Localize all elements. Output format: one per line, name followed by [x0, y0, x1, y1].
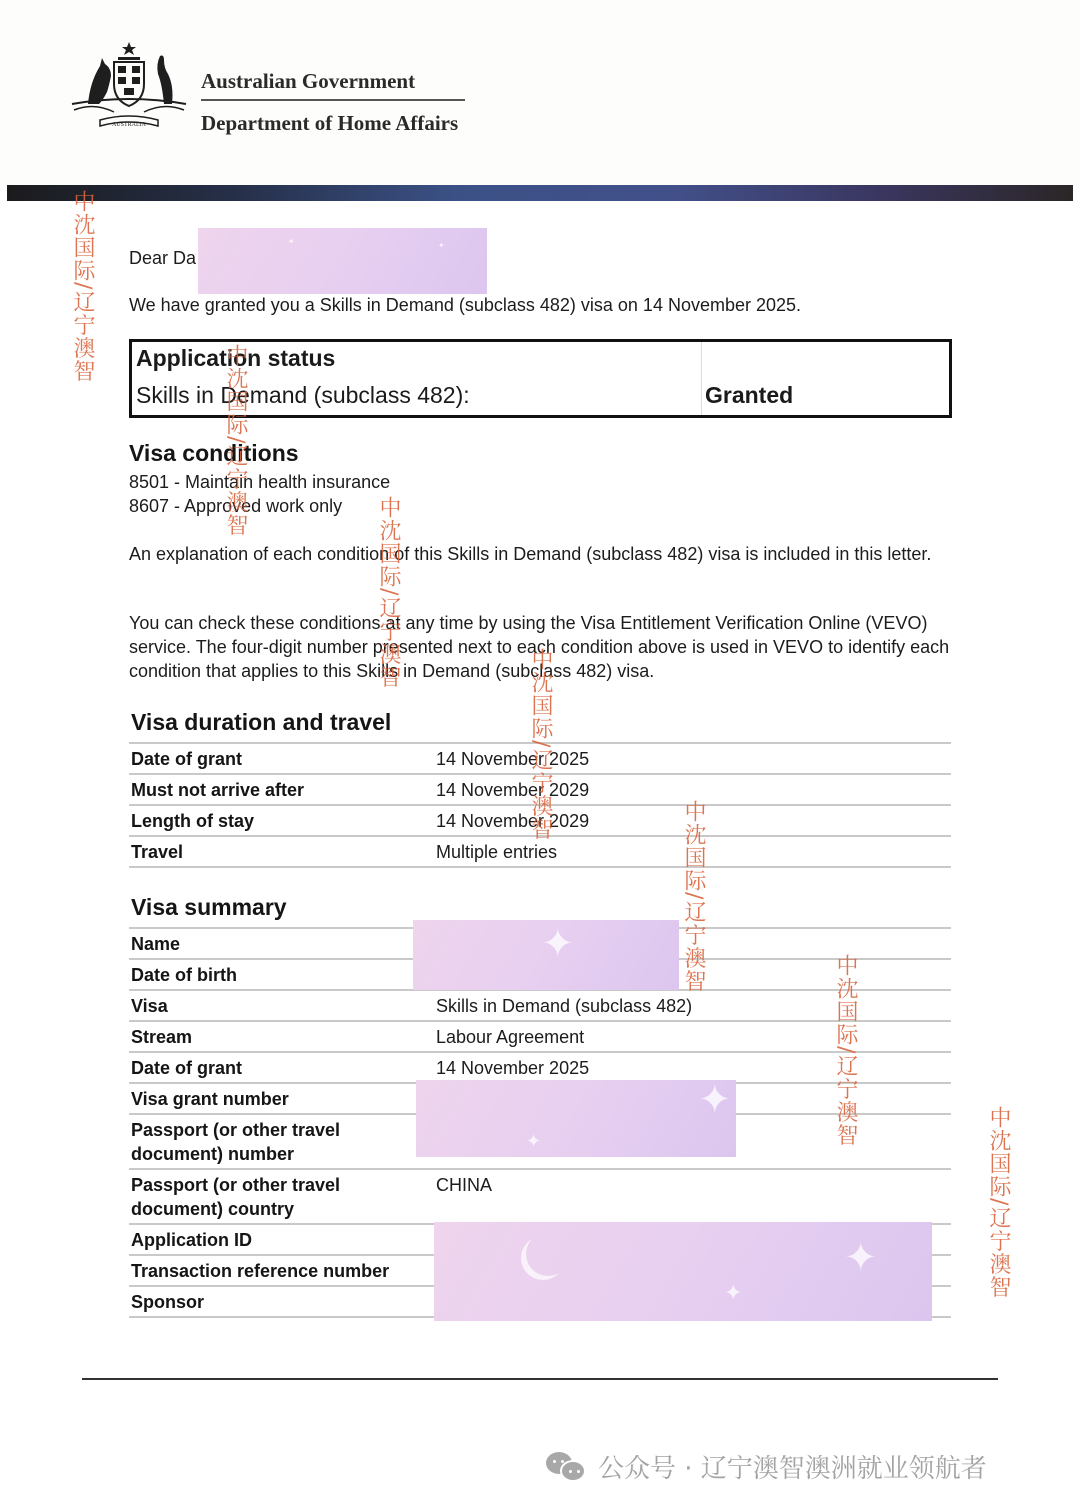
redacted-grant-passport: ✦ ✦	[416, 1080, 736, 1157]
conditions-explanation: An explanation of each condition of this…	[129, 542, 939, 566]
redacted-application-ids: ✦ ✦	[434, 1222, 932, 1321]
svg-text:AUSTRALIA: AUSTRALIA	[112, 122, 147, 128]
visa-duration-heading: Visa duration and travel	[131, 709, 391, 736]
row-value: CHINA	[434, 1170, 951, 1223]
condition-item: 8501 - Maintain health insurance	[129, 470, 390, 494]
wechat-account-label: 公众号 · 辽宁澳智澳洲就业领航者	[546, 1448, 987, 1485]
row-label: Sponsor	[129, 1287, 434, 1316]
gov-name: Australian Government	[201, 68, 465, 94]
watermark: 中沈国际/辽宁澳智	[69, 190, 95, 382]
row-value: 14 November 2025	[434, 1053, 951, 1082]
header-divider	[201, 99, 465, 101]
department-title: Department of Home Affairs	[201, 110, 465, 136]
visa-summary-heading: Visa summary	[131, 894, 287, 921]
grant-sentence: We have granted you a Skills in Demand (…	[129, 293, 801, 317]
wechat-account-name: 公众号 · 辽宁澳智澳洲就业领航者	[598, 1448, 987, 1485]
status-divider	[701, 342, 702, 415]
row-label: Passport (or other travel document) coun…	[129, 1170, 434, 1223]
row-label: Travel	[129, 837, 434, 866]
watermark: 中沈国际/辽宁澳智	[985, 1106, 1011, 1298]
application-status-box: Application status Skills in Demand (sub…	[129, 339, 952, 418]
row-label: Must not arrive after	[129, 775, 434, 804]
table-row: VisaSkills in Demand (subclass 482)	[129, 989, 951, 1020]
table-row: StreamLabour Agreement	[129, 1020, 951, 1051]
row-label: Application ID	[129, 1225, 434, 1254]
status-visa-label: Skills in Demand (subclass 482):	[136, 382, 470, 409]
visa-conditions-heading: Visa conditions	[129, 440, 299, 467]
row-label: Stream	[129, 1022, 434, 1051]
watermark: 中沈国际/辽宁澳智	[222, 344, 248, 536]
header-band	[7, 185, 1073, 201]
footer-divider	[82, 1378, 998, 1380]
status-badge: Granted	[705, 382, 793, 409]
row-value: Labour Agreement	[434, 1022, 951, 1051]
row-label: Date of grant	[129, 744, 434, 773]
table-row: Passport (or other travel document) coun…	[129, 1168, 951, 1223]
row-value: 14 November 2025	[434, 744, 951, 773]
redacted-name: ✦ ✦	[198, 228, 487, 294]
table-row: Date of grant14 November 2025	[129, 1051, 951, 1082]
row-label: Transaction reference number	[129, 1256, 434, 1285]
row-label: Date of birth	[129, 960, 434, 989]
coat-of-arms-icon: AUSTRALIA	[66, 40, 192, 136]
watermark: 中沈国际/辽宁澳智	[832, 954, 858, 1146]
watermark: 中沈国际/辽宁澳智	[527, 648, 553, 840]
redacted-name-dob: ✦	[413, 920, 679, 990]
row-label: Visa grant number	[129, 1084, 434, 1113]
row-label: Date of grant	[129, 1053, 434, 1082]
department-name: Australian Government Department of Home…	[201, 68, 465, 136]
row-label: Name	[129, 929, 434, 958]
row-value: Skills in Demand (subclass 482)	[434, 991, 951, 1020]
watermark: 中沈国际/辽宁澳智	[680, 800, 706, 992]
salutation: Dear Da	[129, 246, 196, 270]
row-label: Visa	[129, 991, 434, 1020]
row-label: Length of stay	[129, 806, 434, 835]
row-label: Passport (or other travel document) numb…	[129, 1115, 434, 1168]
watermark: 中沈国际/辽宁澳智	[375, 496, 401, 688]
letterhead: AUSTRALIA Australian Government Departme…	[0, 0, 1080, 186]
wechat-icon	[546, 1450, 588, 1484]
